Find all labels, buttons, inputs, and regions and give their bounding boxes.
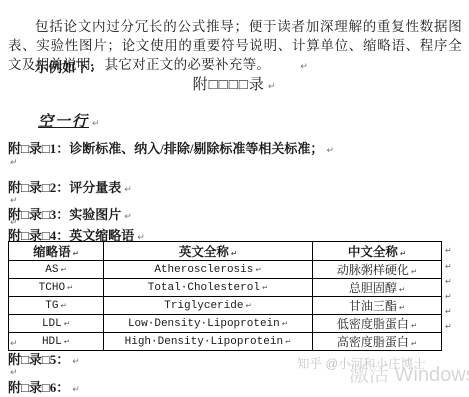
cell-mark: ↵ xyxy=(67,283,73,292)
end-of-row-mark: ↵ xyxy=(445,322,452,331)
cell-text: Total·Cholesterol xyxy=(148,282,260,294)
abbreviation-table: 缩略语↵ 英文全称↵ 中文全称↵ AS↵ Atherosclerosis↵ 动脉… xyxy=(8,241,442,351)
appendix-item-text: 附□录□1：诊断标准、纳入/排除/剔除标准等相关标准； xyxy=(8,141,323,156)
cell-text: High·Density·Lipoprotein xyxy=(125,336,283,348)
cell-mark: ↵ xyxy=(400,249,406,258)
cell-abbr: TCHO↵ xyxy=(9,279,104,297)
cell-mark: ↵ xyxy=(399,285,405,294)
header-english-full-name: 英文全称↵ xyxy=(104,242,313,261)
appendix-title: 附□□□□录↵ xyxy=(0,73,469,94)
appendix-item-2: 附□录□2：评分量表↵ xyxy=(8,177,132,196)
paragraph-mark: ↵ xyxy=(72,357,80,367)
cell-chinese: 总胆固醇↵ xyxy=(313,279,442,297)
end-of-row-mark: ↵ xyxy=(445,262,452,271)
cell-chinese: 动脉粥样硬化↵ xyxy=(313,261,442,279)
cell-mark: ↵ xyxy=(285,337,291,346)
header-chinese-full-name: 中文全称↵ xyxy=(313,242,442,261)
cell-abbr: AS↵ xyxy=(9,261,104,279)
cell-text: TG xyxy=(45,300,58,312)
cell-mark: ↵ xyxy=(64,319,70,328)
paragraph-mark: ↵ xyxy=(124,212,132,222)
windows-activation-watermark: 激活 Windows xyxy=(349,358,469,387)
appendix-item-6: 附□录□6：↵ xyxy=(8,377,80,396)
cell-mark: ↵ xyxy=(411,267,417,276)
end-of-row-mark: ↵ xyxy=(445,277,452,286)
cell-text: 动脉粥样硬化 xyxy=(337,263,409,277)
paragraph-mark: ↵ xyxy=(326,146,334,156)
cell-mark: ↵ xyxy=(245,301,251,310)
cell-text: 高密度脂蛋白 xyxy=(337,335,409,349)
table-row: HDL↵ High·Density·Lipoprotein↵ 高密度脂蛋白↵ xyxy=(9,333,442,351)
header-text: 缩略语 xyxy=(33,245,71,259)
cell-chinese: 高密度脂蛋白↵ xyxy=(313,333,442,351)
cell-mark: ↵ xyxy=(231,249,237,258)
paragraph-mark: ↵ xyxy=(92,119,102,129)
cell-mark: ↵ xyxy=(255,265,261,274)
cell-text: HDL xyxy=(42,336,62,348)
header-abbreviation: 缩略语↵ xyxy=(9,242,104,261)
cell-english: Low·Density·Lipoprotein↵ xyxy=(104,315,313,333)
cell-mark: ↵ xyxy=(73,249,79,258)
end-of-row-mark: ↵ xyxy=(445,307,452,316)
header-text: 中文全称 xyxy=(348,245,398,259)
appendix-item-3: 附□录□3：实验图片↵ xyxy=(8,204,132,223)
cell-text: 总胆固醇 xyxy=(349,281,397,295)
empty-line-mark: ↵ xyxy=(10,339,18,349)
cell-mark: ↵ xyxy=(411,339,417,348)
end-of-row-mark: ↵ xyxy=(445,246,452,255)
cell-mark: ↵ xyxy=(60,265,66,274)
blank-line-annotation: 空一行↵ xyxy=(38,110,102,131)
cell-text: 甘油三酯 xyxy=(349,299,397,313)
cell-text: 低密度脂蛋白 xyxy=(337,317,409,331)
cell-chinese: 低密度脂蛋白↵ xyxy=(313,315,442,333)
cell-english: Total·Cholesterol↵ xyxy=(104,279,313,297)
cell-abbr: TG↵ xyxy=(9,297,104,315)
appendix-item-5: 附□录□5：↵ xyxy=(8,349,80,368)
appendix-item-1: 附□录□1：诊断标准、纳入/排除/剔除标准等相关标准；↵ xyxy=(8,138,334,157)
cell-abbr: HDL↵ xyxy=(9,333,104,351)
cell-mark: ↵ xyxy=(282,319,288,328)
table-row: TCHO↵ Total·Cholesterol↵ 总胆固醇↵ xyxy=(9,279,442,297)
cell-text: TCHO xyxy=(39,282,65,294)
cell-mark: ↵ xyxy=(60,301,66,310)
table-row: TG↵ Triglyceride↵ 甘油三酯↵ xyxy=(9,297,442,315)
appendix-item-text: 附□录□6： xyxy=(8,380,69,395)
header-text: 英文全称 xyxy=(179,245,229,259)
cell-english: Atherosclerosis↵ xyxy=(104,261,313,279)
cell-mark: ↵ xyxy=(399,303,405,312)
table-row: AS↵ Atherosclerosis↵ 动脉粥样硬化↵ xyxy=(9,261,442,279)
cell-chinese: 甘油三酯↵ xyxy=(313,297,442,315)
appendix-item-text: 附□录□2：评分量表 xyxy=(8,180,121,195)
appendix-item-text: 附□录□5： xyxy=(8,352,69,367)
cell-text: Atherosclerosis xyxy=(154,264,253,276)
paragraph-mark: ↵ xyxy=(72,385,80,395)
paragraph-mark: ↵ xyxy=(124,185,132,195)
cell-text: LDL xyxy=(42,318,62,330)
end-of-row-mark: ↵ xyxy=(445,292,452,301)
cell-english: High·Density·Lipoprotein↵ xyxy=(104,333,313,351)
blank-line-annotation-text: 空一行 xyxy=(38,114,89,130)
document-page[interactable]: 包括论文内过分冗长的公式推导；便于读者加深理解的重复性数据图表、实验性图片；论文… xyxy=(0,0,469,397)
cell-text: AS xyxy=(45,264,58,276)
cell-mark: ↵ xyxy=(64,337,70,346)
table-row: LDL↵ Low·Density·Lipoprotein↵ 低密度脂蛋白↵ xyxy=(9,315,442,333)
table-header-row: 缩略语↵ 英文全称↵ 中文全称↵ xyxy=(9,242,442,261)
cell-english: Triglyceride↵ xyxy=(104,297,313,315)
cell-mark: ↵ xyxy=(411,321,417,330)
empty-line-mark: ↵ xyxy=(10,158,18,168)
cell-abbr: LDL↵ xyxy=(9,315,104,333)
paragraph-mark: ↵ xyxy=(268,82,277,92)
appendix-item-text: 附□录□3：实验图片 xyxy=(8,207,121,222)
cell-text: Low·Density·Lipoprotein xyxy=(128,318,280,330)
cell-mark: ↵ xyxy=(262,283,268,292)
cell-text: Triglyceride xyxy=(164,300,243,312)
appendix-title-text: 附□□□□录 xyxy=(193,77,265,93)
